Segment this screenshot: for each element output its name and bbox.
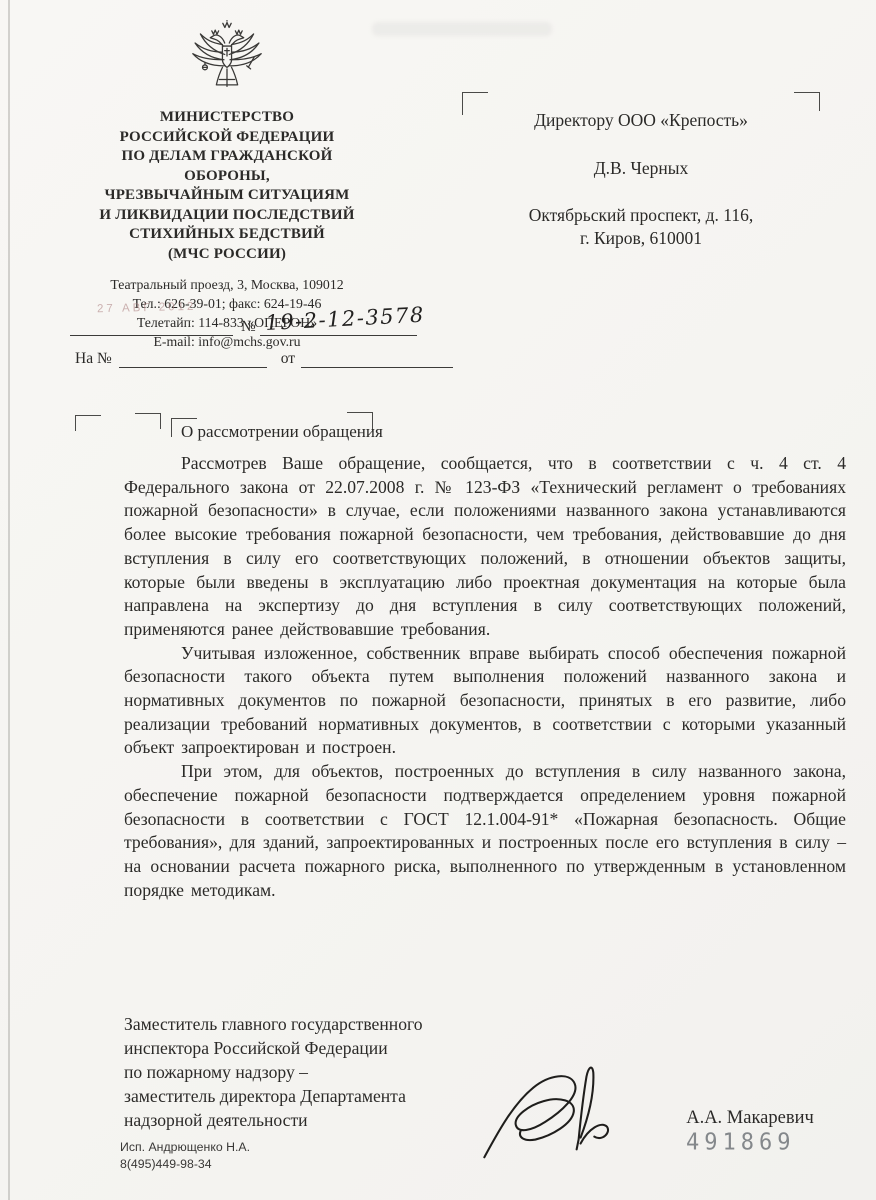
ministry-line: МИНИСТЕРСТВО	[84, 108, 370, 128]
reply-date-underline	[301, 351, 453, 368]
subject-line: О рассмотрении обращения	[181, 422, 383, 442]
date-underline	[70, 319, 233, 336]
position-line: инспектора Российской Федерации	[124, 1036, 524, 1060]
executor-name: Исп. Андрющенко Н.А.	[120, 1139, 250, 1156]
body-paragraph: Рассмотрев Ваше обращение, сообщается, ч…	[124, 452, 846, 642]
handwritten-signature-icon	[478, 1062, 636, 1170]
form-corner-mark	[135, 413, 161, 429]
ministry-name: МИНИСТЕРСТВО РОССИЙСКОЙ ФЕДЕРАЦИИ ПО ДЕЛ…	[84, 108, 370, 264]
body-paragraph: При этом, для объектов, построенных до в…	[124, 760, 846, 902]
executor-phone: 8(495)449-98-34	[120, 1156, 250, 1173]
reply-number-underline	[119, 351, 267, 368]
recipient-title: Директору ООО «Крепость»	[460, 90, 822, 131]
incoming-reference-row: На №от	[75, 350, 453, 368]
form-corner-mark	[75, 415, 101, 431]
position-line: надзорной деятельности	[124, 1108, 524, 1132]
scan-smudge	[372, 22, 552, 36]
recipient-city: г. Киров, 610001	[460, 228, 822, 249]
body-paragraph: Учитывая изложенное, собственник вправе …	[124, 642, 846, 761]
recipient-corner-mark-left	[462, 92, 488, 115]
number-underline: 19-2-12-3578	[260, 319, 417, 336]
executor-info: Исп. Андрющенко Н.А. 8(495)449-98-34	[120, 1139, 250, 1173]
from-label: от	[281, 350, 295, 367]
ministry-line: И ЛИКВИДАЦИИ ПОСЛЕДСТВИЙ	[84, 206, 370, 226]
recipient-name: Д.В. Черных	[460, 158, 822, 179]
coat-of-arms-eagle-icon	[189, 18, 265, 100]
address-line: Театральный проезд, 3, Москва, 109012	[84, 275, 370, 294]
scanned-letter-page: МИНИСТЕРСТВО РОССИЙСКОЙ ФЕДЕРАЦИИ ПО ДЕЛ…	[0, 0, 876, 1200]
position-line: Заместитель главного государственного	[124, 1012, 524, 1036]
position-line: заместитель директора Департамента	[124, 1084, 524, 1108]
number-label: №	[241, 318, 256, 335]
registration-stamp-number: 491869	[686, 1129, 795, 1156]
position-line: по пожарному надзору –	[124, 1060, 524, 1084]
ministry-line: СТИХИЙНЫХ БЕДСТВИЙ	[84, 225, 370, 245]
ministry-line: ЧРЕЗВЫЧАЙНЫМ СИТУАЦИЯМ	[84, 186, 370, 206]
scan-edge-line	[8, 0, 10, 1200]
recipient-block: Директору ООО «Крепость» Д.В. Черных Окт…	[460, 90, 822, 249]
letter-body: Рассмотрев Ваше обращение, сообщается, ч…	[124, 452, 846, 902]
recipient-corner-mark-right	[794, 92, 820, 111]
ministry-line: РОССИЙСКОЙ ФЕДЕРАЦИИ	[84, 128, 370, 148]
recipient-street: Октябрьский проспект, д. 116,	[460, 205, 822, 226]
ministry-line: (МЧС РОССИИ)	[84, 245, 370, 265]
ministry-line: ПО ДЕЛАМ ГРАЖДАНСКОЙ ОБОРОНЫ,	[84, 147, 370, 186]
outgoing-number-row: №19-2-12-3578	[70, 318, 417, 336]
subject-area: О рассмотрении обращения	[0, 406, 876, 450]
signer-position-block: Заместитель главного государственного ин…	[124, 1012, 524, 1132]
signer-name: А.А. Макаревич	[655, 1108, 845, 1129]
letterhead: МИНИСТЕРСТВО РОССИЙСКОЙ ФЕДЕРАЦИИ ПО ДЕЛ…	[84, 14, 370, 351]
reply-to-label: На №	[75, 350, 112, 367]
